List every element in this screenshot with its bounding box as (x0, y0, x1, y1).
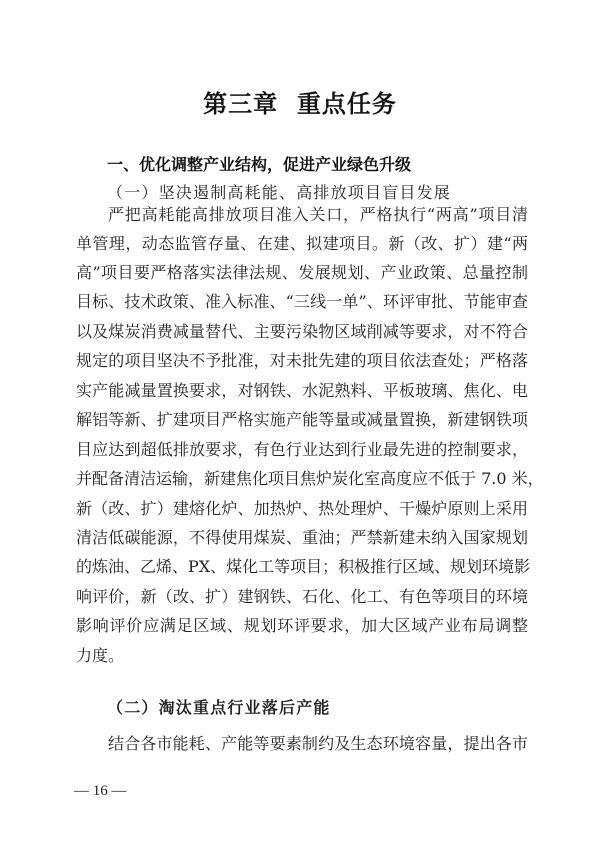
section-heading: 一、优化调整产业结构，促进产业绿色升级 (107, 152, 411, 175)
chapter-title: 第三章 重点任务 (0, 84, 600, 119)
subsection-title-2: （二）淘汰重点行业落后产能 (107, 695, 331, 718)
paragraph-line: 目应达到超低排放要求，有色行业达到行业最先进的控制要求， (76, 440, 528, 460)
paragraph-line: 严把高耗能高排放项目准入关口，严格执行“两高”项目清 (108, 205, 528, 225)
page-number: — 16 — (74, 783, 127, 800)
paragraph-line: 单管理，动态监管存量、在建、拟建项目。新（改、扩）建“两 (76, 234, 528, 254)
paragraph-line: 新（改、扩）建熔化炉、加热炉、热处理炉、干燥炉原则上采用 (76, 499, 528, 519)
paragraph-line: 并配备清洁运输，新建焦化项目焦炉炭化室高度应不低于 7.0 米， (76, 469, 528, 489)
paragraph-line: 规定的项目坚决不予批准，对未批先建的项目依法查处；严格落 (76, 351, 528, 371)
paragraph-line: 解铝等新、扩建项目严格实施产能等量或减量置换，新建钢铁项 (76, 410, 528, 430)
paragraph-line: 结合各市能耗、产能等要素制约及生态环境容量，提出各市 (108, 734, 528, 754)
paragraph-line: 影响评价应满足区域、规划环评要求，加大区域产业布局调整 (76, 616, 528, 636)
paragraph-line: 实产能减量置换要求，对钢铁、水泥熟料、平板玻璃、焦化、电 (76, 381, 528, 401)
paragraph-line: 响评价，新（改、扩）建钢铁、石化、化工、有色等项目的环境 (76, 587, 528, 607)
subsection-title-1: （一）坚决遏制高耗能、高排放项目盲目发展 (107, 180, 451, 203)
paragraph-line: 力度。 (76, 646, 528, 666)
paragraph-line: 目标、技术政策、准入标准、“三线一单”、环评审批、节能审查 (76, 292, 528, 312)
document-page: 第三章 重点任务 一、优化调整产业结构，促进产业绿色升级 （一）坚决遏制高耗能、… (0, 0, 600, 848)
paragraph-line: 清洁低碳能源，不得使用煤炭、重油；严禁新建未纳入国家规划 (76, 528, 528, 548)
paragraph-line: 高”项目要严格落实法律法规、发展规划、产业政策、总量控制 (76, 263, 528, 283)
paragraph-line: 以及煤炭消费减量替代、主要污染物区域削减等要求，对不符合 (76, 322, 528, 342)
paragraph-line: 的炼油、乙烯、PX、煤化工等项目；积极推行区域、规划环境影 (76, 557, 528, 577)
